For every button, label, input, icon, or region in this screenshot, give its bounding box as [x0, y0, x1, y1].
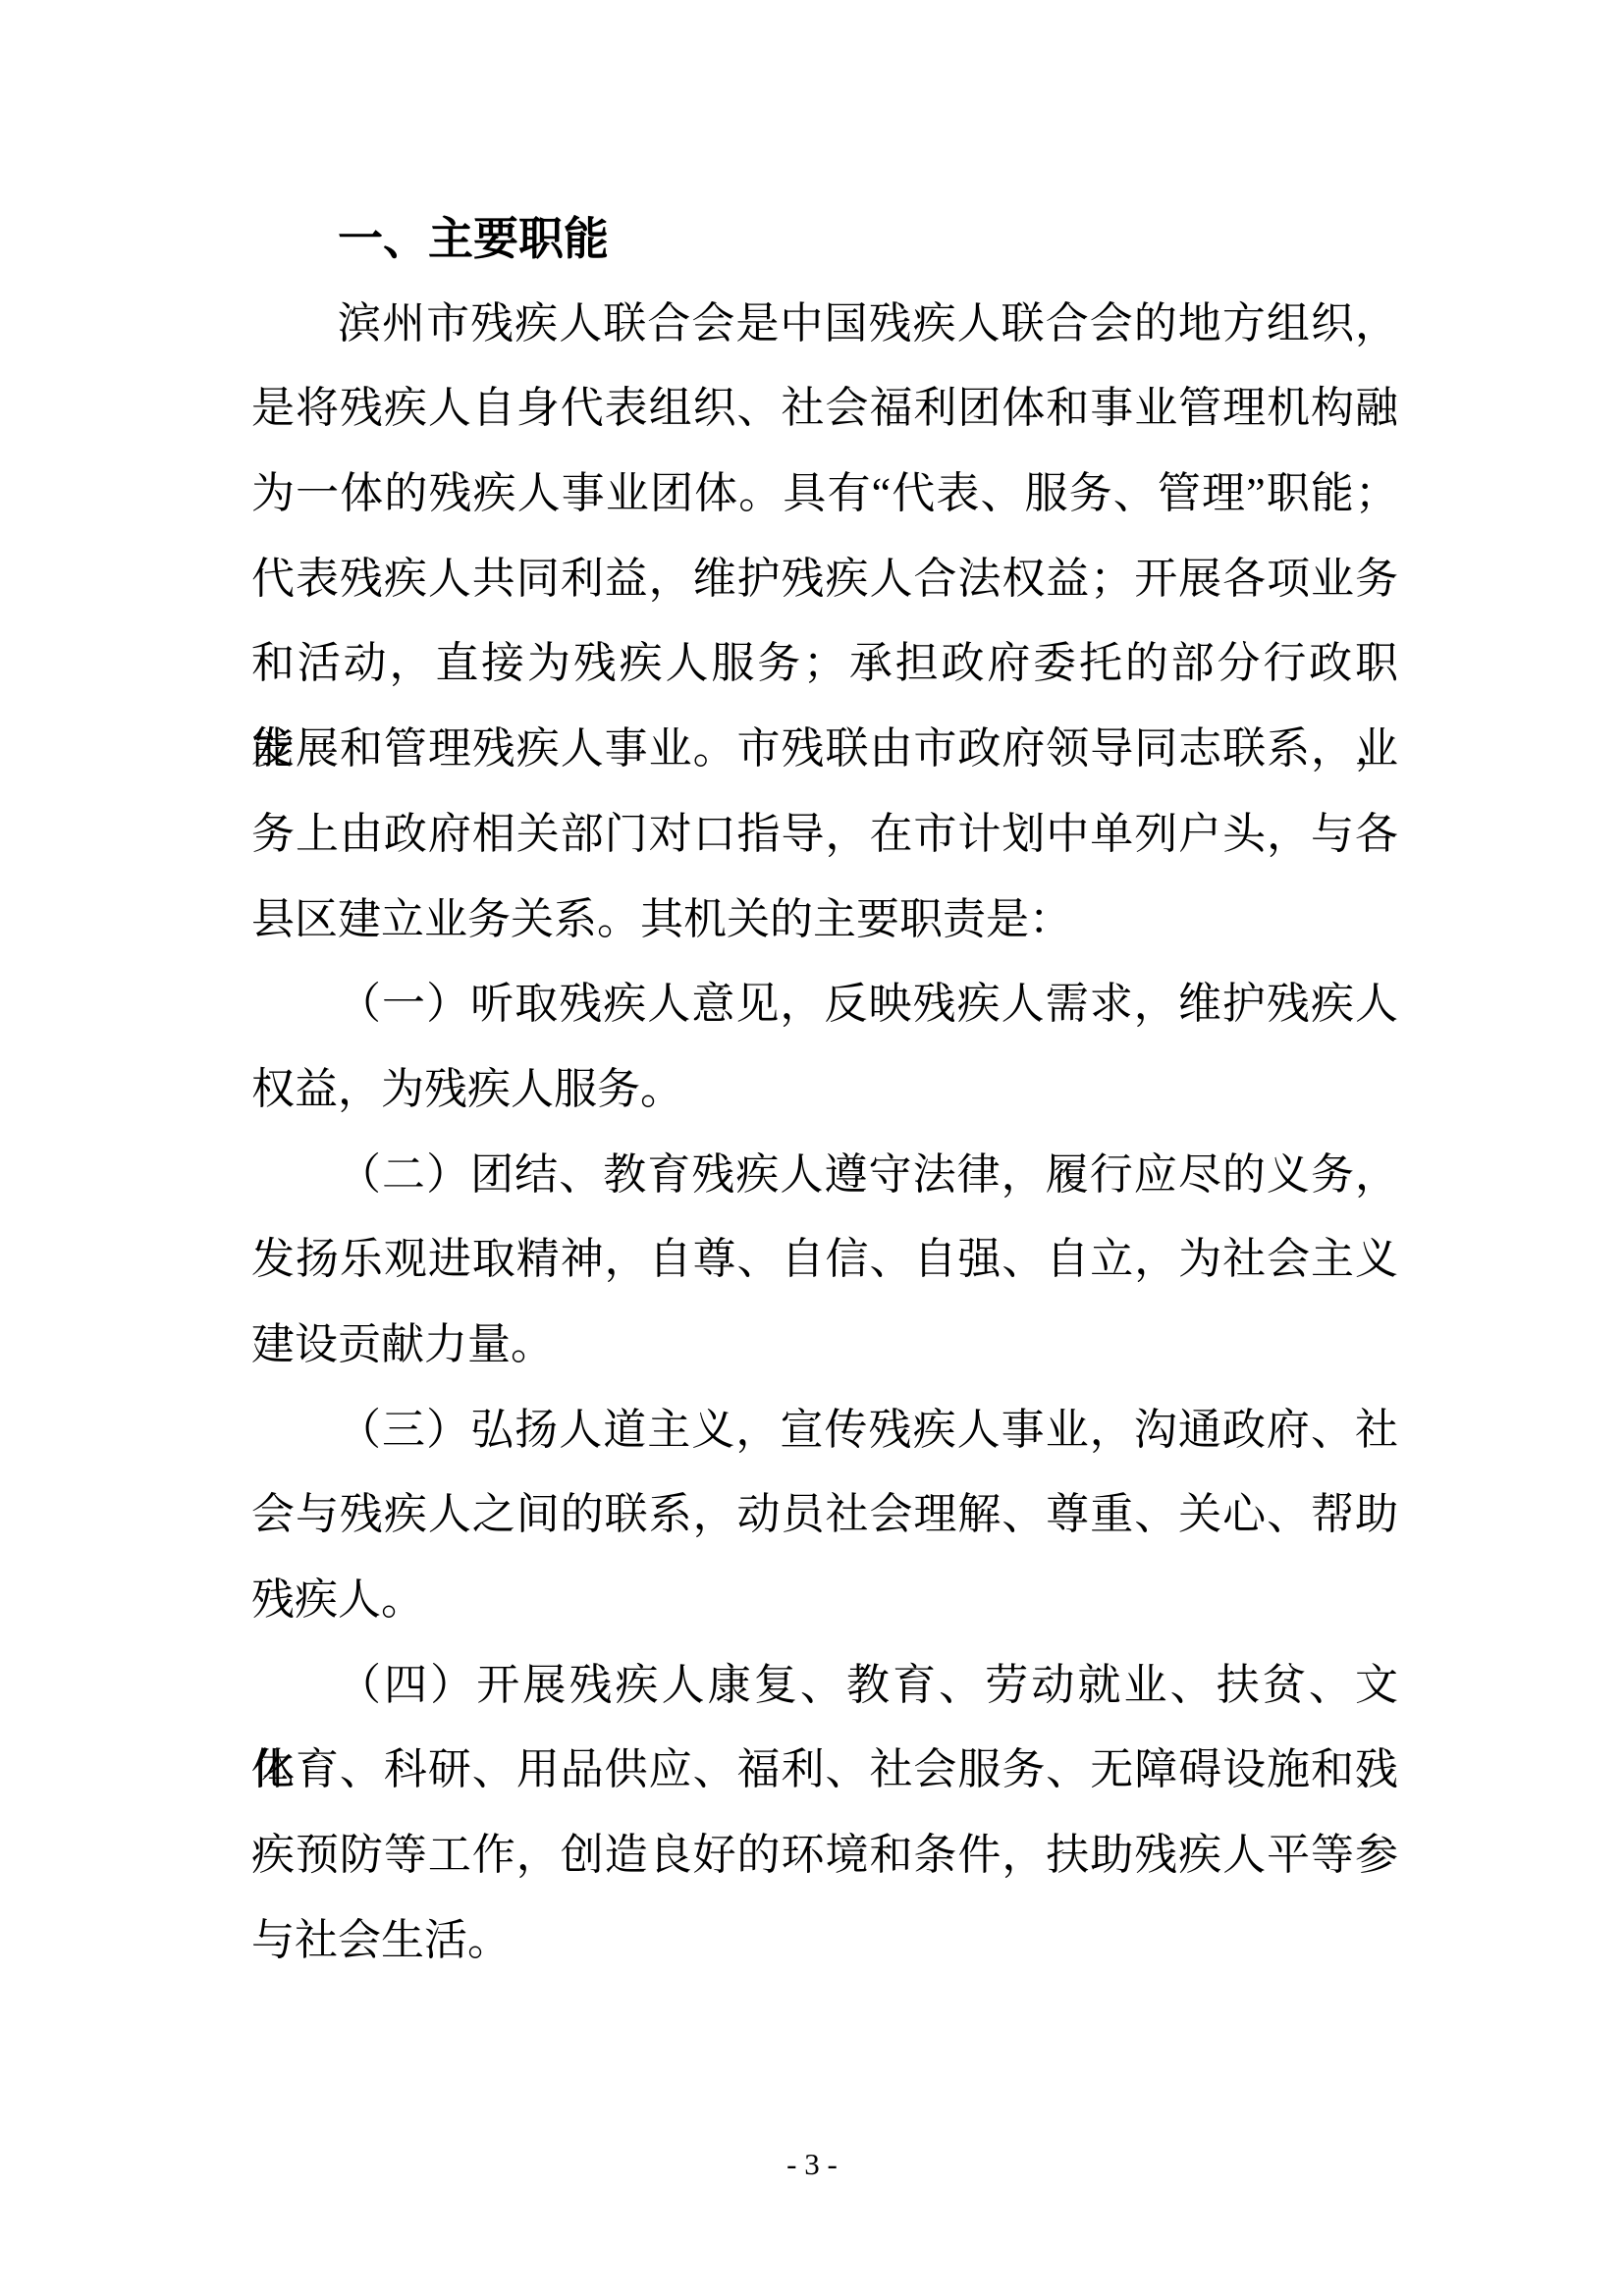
- page-number: - 3 -: [786, 2147, 838, 2181]
- page-footer: - 3 -: [0, 2142, 1624, 2186]
- text-line: 体育、科研、用品供应、福利、社会服务、无障碍设施和残: [251, 1728, 1398, 1813]
- text-line: 县区建立业务关系。其机关的主要职责是：: [251, 878, 1398, 963]
- text-line: 会与残疾人之间的联系，动员社会理解、尊重、关心、帮助: [251, 1472, 1398, 1558]
- text-line: 发扬乐观进取精神，自尊、自信、自强、自立，为社会主义: [251, 1217, 1398, 1303]
- document-body: 一、主要职能滨州市残疾人联合会是中国残疾人联合会的地方组织，是将残疾人自身代表组…: [251, 196, 1398, 1983]
- text-line: （四）开展残疾人康复、教育、劳动就业、扶贫、文化、: [251, 1643, 1398, 1729]
- text-line: 代表残疾人共同利益，维护残疾人合法权益；开展各项业务: [251, 537, 1398, 622]
- text-line: 是将残疾人自身代表组织、社会福利团体和事业管理机构融: [251, 366, 1398, 452]
- text-line: 权益，为残疾人服务。: [251, 1047, 1398, 1133]
- text-line: 滨州市残疾人联合会是中国残疾人联合会的地方组织，: [251, 282, 1398, 367]
- section-heading: 一、主要职能: [251, 196, 1398, 282]
- text-line: 务上由政府相关部门对口指导，在市计划中单列户头，与各: [251, 792, 1398, 878]
- text-line: 发展和管理残疾人事业。市残联由市政府领导同志联系，业: [251, 707, 1398, 792]
- text-line: （一）听取残疾人意见，反映残疾人需求，维护残疾人: [251, 962, 1398, 1047]
- text-line: 为一体的残疾人事业团体。具有“代表、服务、管理”职能；: [251, 452, 1398, 537]
- document-page: 一、主要职能滨州市残疾人联合会是中国残疾人联合会的地方组织，是将残疾人自身代表组…: [0, 0, 1624, 2296]
- text-line: 和活动，直接为残疾人服务；承担政府委托的部分行政职能，: [251, 621, 1398, 707]
- text-line: （三）弘扬人道主义，宣传残疾人事业，沟通政府、社: [251, 1388, 1398, 1473]
- text-line: 建设贡献力量。: [251, 1303, 1398, 1388]
- text-line: 疾预防等工作，创造良好的环境和条件，扶助残疾人平等参: [251, 1813, 1398, 1898]
- text-line: 残疾人。: [251, 1558, 1398, 1643]
- text-line: （二）团结、教育残疾人遵守法律，履行应尽的义务，: [251, 1133, 1398, 1218]
- text-line: 与社会生活。: [251, 1898, 1398, 1984]
